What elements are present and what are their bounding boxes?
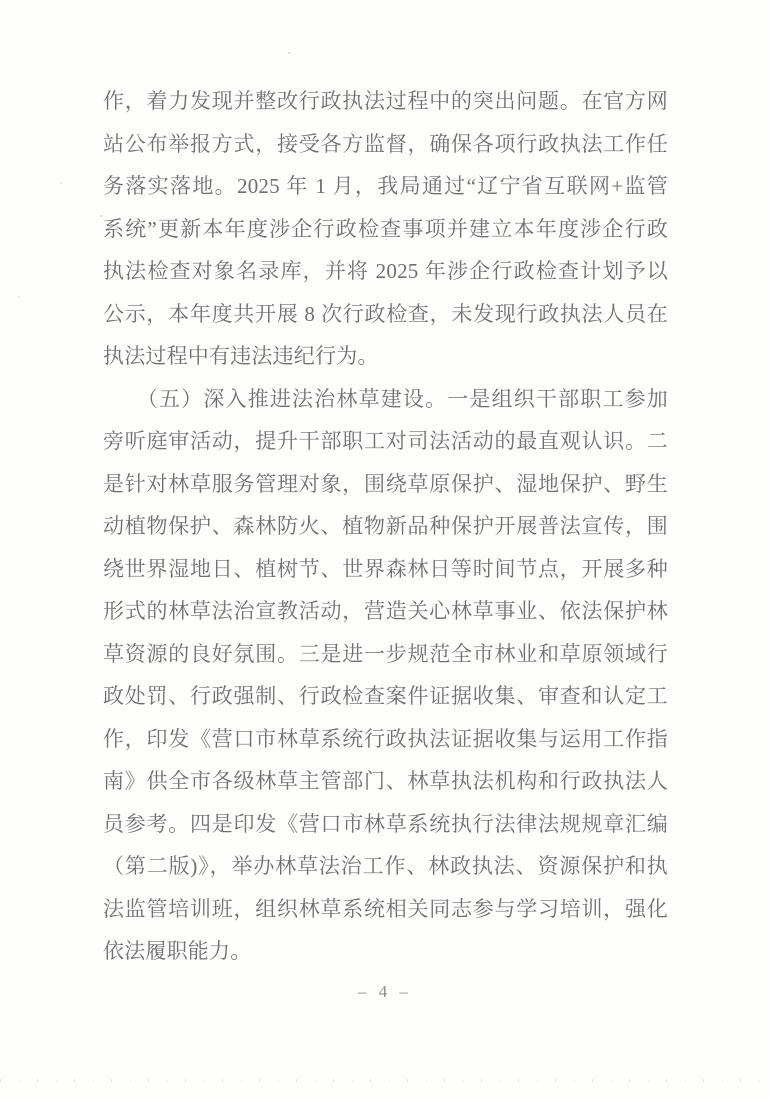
text-line: 系统”更新本年度涉企行政检查事项并建立本年度涉企行政 [103, 208, 668, 251]
scan-speck [100, 215, 103, 217]
text-line: （第二版)》，举办林草法治工作、林政执法、资源保护和执 [103, 845, 668, 888]
text-line: 务落实落地。2025 年 1 月，我局通过“辽宁省互联网+监管 [103, 165, 668, 208]
scan-speck [18, 296, 20, 298]
text-line: 作，着力发现并整改行政执法过程中的突出问题。在官方网 [103, 80, 668, 123]
scan-speck [288, 52, 291, 54]
scan-speck [60, 182, 62, 184]
text-line: 法监管培训班，组织林草系统相关同志参与学习培训，强化 [103, 888, 668, 931]
text-line: 执法过程中有违法违纪行为。 [103, 335, 668, 378]
text-line: 员参考。四是印发《营口市林草系统执行法律法规规章汇编 [103, 803, 668, 846]
text-line: 作，印发《营口市林草系统行政执法证据收集与运用工作指 [103, 718, 668, 761]
document-body: 作，着力发现并整改行政执法过程中的突出问题。在官方网站公布举报方式，接受各方监督… [103, 80, 668, 973]
text-line: 南》供全市各级林草主管部门、林草执法机构和行政执法人 [103, 760, 668, 803]
page-footer: – 4 – [0, 982, 770, 1002]
scan-noise-band [0, 1079, 770, 1082]
text-line: 执法检查对象名录库，并将 2025 年涉企行政检查计划予以 [103, 250, 668, 293]
text-line: 是针对林草服务管理对象，围绕草原保护、湿地保护、野生 [103, 463, 668, 506]
text-line: 草资源的良好氛围。三是进一步规范全市林业和草原领域行 [103, 633, 668, 676]
text-line: 形式的林草法治宣教活动，营造关心林草事业、依法保护林 [103, 590, 668, 633]
text-line: 公示，本年度共开展 8 次行政检查，未发现行政执法人员在 [103, 293, 668, 336]
text-line: 旁听庭审活动，提升干部职工对司法活动的最直观认识。二 [103, 420, 668, 463]
text-line: （五）深入推进法治林草建设。一是组织干部职工参加 [103, 378, 668, 421]
text-line: 政处罚、行政强制、行政检查案件证据收集、审查和认定工 [103, 675, 668, 718]
text-line: 依法履职能力。 [103, 930, 668, 973]
text-line: 绕世界湿地日、植树节、世界森林日等时间节点，开展多种 [103, 548, 668, 591]
scanned-document-page: 作，着力发现并整改行政执法过程中的突出问题。在官方网站公布举报方式，接受各方监督… [0, 0, 770, 1099]
scan-speck [385, 238, 387, 240]
text-line: 站公布举报方式，接受各方监督，确保各项行政执法工作任 [103, 123, 668, 166]
page-number: – 4 – [358, 982, 412, 1001]
text-line: 动植物保护、森林防火、植物新品种保护开展普法宣传，围 [103, 505, 668, 548]
